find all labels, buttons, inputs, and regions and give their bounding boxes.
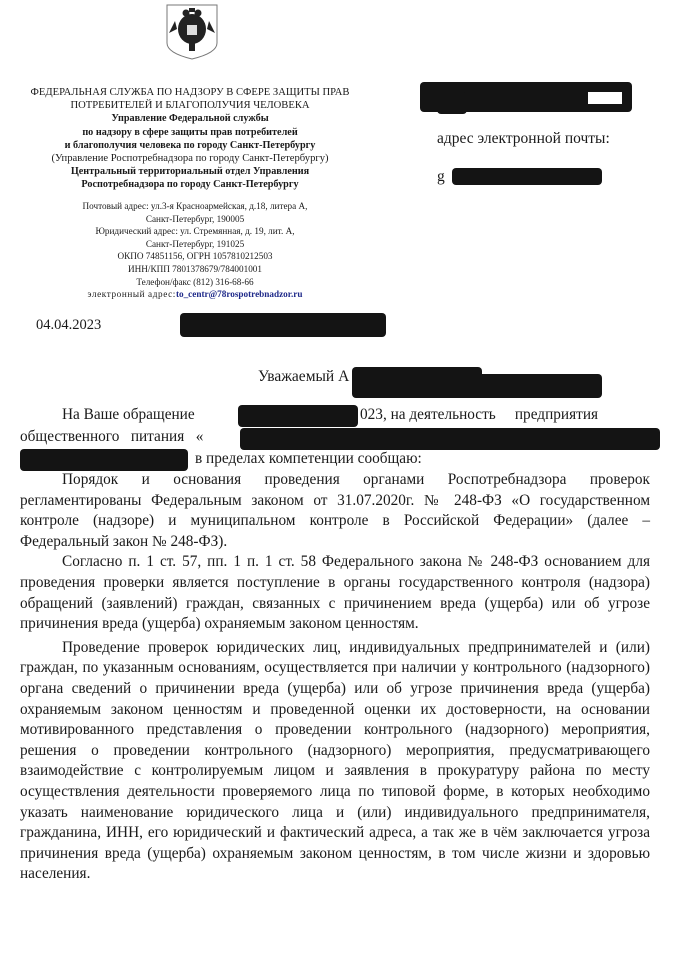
- paragraph-procedure: Проведение проверок юридических лиц, инд…: [20, 638, 650, 885]
- redacted-establishment-name: [240, 428, 660, 450]
- sender-email-line: электронный адрес:to_centr@78rospotrebna…: [30, 288, 360, 301]
- recipient-email-prefix: g: [437, 168, 445, 186]
- p1-line2: общественного питания «: [20, 428, 203, 446]
- sender-email-link[interactable]: to_centr@78rospotrebnadzor.ru: [176, 289, 303, 299]
- coat-of-arms-icon: [165, 3, 219, 61]
- p1-continuation: 023, на деятельность предприятия: [360, 406, 598, 424]
- paragraph-grounds: Согласно п. 1 ст. 57, пп. 1 п. 1 ст. 58 …: [20, 552, 650, 634]
- sender-email-label: электронный адрес:: [88, 289, 176, 299]
- recipient-email-label: адрес электронной почты:: [437, 130, 610, 148]
- redacted-outgoing-number: [180, 313, 386, 337]
- paragraph-legal-basis: Порядок и основания проведения органами …: [20, 470, 650, 552]
- redacted-request-date: [238, 405, 358, 427]
- address-line: Телефон/факс (812) 316-68-66: [30, 276, 360, 289]
- header-line: Центральный территориальный отдел Управл…: [10, 165, 370, 178]
- address-line: Санкт-Петербург, 191025: [30, 238, 360, 251]
- redacted-recipient-email: [452, 168, 602, 185]
- header-line: по надзору в сфере защиты прав потребите…: [10, 126, 370, 139]
- letter-body: Порядок и основания проведения органами …: [20, 470, 650, 885]
- address-line: Санкт-Петербург, 190005: [30, 213, 360, 226]
- address-line: Почтовый адрес: ул.3-я Красноармейская, …: [30, 200, 360, 213]
- redacted-recipient-name: [437, 92, 467, 114]
- redacted-addressee-name: [352, 374, 602, 398]
- greeting: Уважаемый А: [258, 368, 349, 386]
- header-line: Управление Федеральной службы: [10, 112, 370, 125]
- header-line: ФЕДЕРАЛЬНАЯ СЛУЖБА ПО НАДЗОРУ В СФЕРЕ ЗА…: [10, 86, 370, 99]
- address-line: ИНН/КПП 7801378679/784001001: [30, 263, 360, 276]
- p1-end: в пределах компетенции сообщаю:: [195, 450, 422, 468]
- sender-address: Почтовый адрес: ул.3-я Красноармейская, …: [30, 200, 360, 301]
- header-line: Роспотребнадзора по городу Санкт-Петербу…: [10, 178, 370, 191]
- address-line: ОКПО 74851156, ОГРН 1057810212503: [30, 250, 360, 263]
- address-line: Юридический адрес: ул. Стремянная, д. 19…: [30, 225, 360, 238]
- header-line: и благополучия человека по городу Санкт-…: [10, 139, 370, 152]
- redaction-gap: [588, 92, 622, 104]
- sender-header: ФЕДЕРАЛЬНАЯ СЛУЖБА ПО НАДЗОРУ В СФЕРЕ ЗА…: [10, 86, 370, 192]
- p1-start: На Ваше обращение: [62, 406, 195, 424]
- header-line: (Управление Роспотребнадзора по городу С…: [10, 152, 370, 165]
- redacted-establishment-address: [20, 449, 188, 471]
- letter-date: 04.04.2023: [36, 317, 101, 334]
- header-line: ПОТРЕБИТЕЛЕЙ И БЛАГОПОЛУЧИЯ ЧЕЛОВЕКА: [10, 99, 370, 112]
